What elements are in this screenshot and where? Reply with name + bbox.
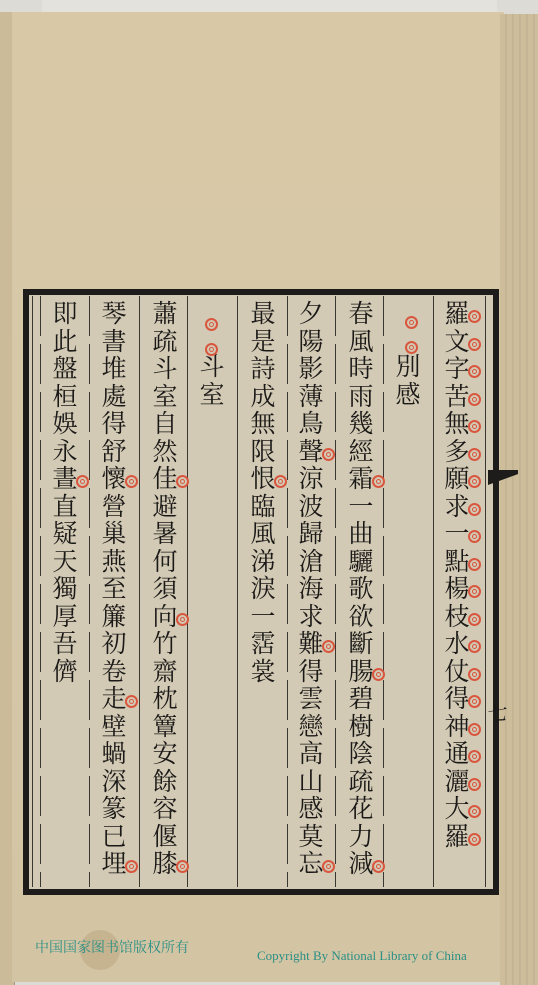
character: 神 [438,713,476,741]
punctuation-circle-mark [468,420,481,433]
character: 舒 [95,438,133,466]
character: 一 [244,603,282,631]
character: 齋 [146,658,184,686]
punctuation-circle-mark [176,475,189,488]
character: 時 [342,355,380,383]
character: 字 [438,355,476,383]
character: 波 [292,493,330,521]
character: 成 [244,383,282,411]
punctuation-circle-mark [468,668,481,681]
character: 碧 [342,685,380,713]
character: 力 [342,823,380,851]
character: 獨 [46,575,84,603]
character: 暑 [146,520,184,548]
character: 忘 [292,850,330,878]
punctuation-circle-mark [125,695,138,708]
character: 得 [438,685,476,713]
text-column: 琴書堆處得舒懷營巢燕至簾初卷走壁蝸深篆已埋 [94,300,134,878]
character: 苦 [438,383,476,411]
character: 吾 [46,630,84,658]
character: 一 [438,520,476,548]
character: 卷 [95,658,133,686]
character: 永 [46,438,84,466]
character: 自 [146,410,184,438]
punctuation-circle-mark [468,750,481,763]
character: 簟 [146,713,184,741]
character: 羅 [438,823,476,851]
character: 餘 [146,768,184,796]
character: 高 [292,740,330,768]
character: 厚 [46,603,84,631]
character: 薄 [292,383,330,411]
punctuation-circle-mark [322,640,335,653]
character: 陽 [292,328,330,356]
punctuation-circle-mark [468,640,481,653]
column-rule [139,296,140,887]
punctuation-circle-mark [372,860,385,873]
character: 室 [193,381,231,409]
character: 佳 [146,465,184,493]
punctuation-circle-mark [205,318,218,331]
punctuation-circle-mark [372,668,385,681]
text-column: 蕭疏斗室自然佳避暑何須向竹齋枕簟安餘容偃膝 [145,300,185,878]
character: 滄 [292,548,330,576]
character: 斗 [193,353,231,381]
title-column: 斗室 [192,353,232,408]
character: 向 [146,603,184,631]
character: 感 [389,381,427,409]
text-column: 即此盤桓娛永晝直疑天獨厚吾儕 [45,300,85,685]
character: 莫 [292,823,330,851]
character: 書 [95,328,133,356]
character: 願 [438,465,476,493]
character: 蝸 [95,740,133,768]
column-rule [40,296,41,887]
page-number: 七 [482,702,511,722]
character: 營 [95,493,133,521]
character: 燕 [95,548,133,576]
character: 涼 [292,465,330,493]
page-stack-edge [500,14,538,985]
character: 影 [292,355,330,383]
character: 大 [438,795,476,823]
character: 此 [46,328,84,356]
character: 無 [244,410,282,438]
character: 霜 [342,465,380,493]
text-column: 春風時雨幾經霜一曲驪歌欲斷腸碧樹陰疏花力減 [341,300,381,878]
character: 是 [244,328,282,356]
character: 桓 [46,383,84,411]
punctuation-circle-mark [468,503,481,516]
character: 感 [292,795,330,823]
character: 經 [342,438,380,466]
character: 懷 [95,465,133,493]
character: 即 [46,300,84,328]
character: 水 [438,630,476,658]
character: 篆 [95,795,133,823]
column-rule [187,296,188,887]
character: 疏 [146,328,184,356]
character: 安 [146,740,184,768]
punctuation-circle-mark [405,341,418,354]
punctuation-circle-mark [176,860,189,873]
character: 最 [244,300,282,328]
character: 臨 [244,493,282,521]
text-column: 夕陽影薄鳥聲涼波歸滄海求難得雲戀高山感莫忘 [291,300,331,878]
character: 通 [438,740,476,768]
punctuation-circle-mark [468,558,481,571]
punctuation-circle-mark [322,448,335,461]
character: 初 [95,630,133,658]
character: 歌 [342,575,380,603]
character: 已 [95,823,133,851]
character: 竹 [146,630,184,658]
character: 詩 [244,355,282,383]
character: 膝 [146,850,184,878]
character: 直 [46,493,84,521]
character: 限 [244,438,282,466]
character: 文 [438,328,476,356]
character: 儕 [46,658,84,686]
character: 枕 [146,685,184,713]
character: 裳 [244,658,282,686]
punctuation-circle-mark [176,613,189,626]
character: 夕 [292,300,330,328]
punctuation-circle-mark [468,530,481,543]
character: 點 [438,548,476,576]
title-column: 別感 [388,353,428,408]
character: 驪 [342,548,380,576]
character: 枝 [438,603,476,631]
punctuation-circle-mark [468,448,481,461]
character: 走 [95,685,133,713]
character: 幾 [342,410,380,438]
punctuation-circle-mark [468,310,481,323]
character: 雲 [292,685,330,713]
copyright-chinese: 中国国家图书馆版权所有 [35,937,189,957]
character: 埋 [95,850,133,878]
punctuation-circle-mark [468,613,481,626]
character: 晝 [46,465,84,493]
punctuation-circle-mark [468,833,481,846]
punctuation-circle-mark [274,475,287,488]
character: 至 [95,575,133,603]
fish-tail-mark [488,470,518,492]
character: 陰 [342,740,380,768]
column-rule [433,296,434,887]
character: 容 [146,795,184,823]
punctuation-circle-mark [125,860,138,873]
character: 風 [244,520,282,548]
character: 得 [292,658,330,686]
character: 娛 [46,410,84,438]
character: 偃 [146,823,184,851]
punctuation-circle-mark [468,585,481,598]
character: 歸 [292,520,330,548]
character: 一 [342,493,380,521]
character: 難 [292,630,330,658]
character: 堆 [95,355,133,383]
column-rule [383,296,384,887]
punctuation-circle-mark [205,343,218,356]
punctuation-circle-mark [468,338,481,351]
character: 求 [438,493,476,521]
column-rule [287,296,288,887]
character: 仗 [438,658,476,686]
punctuation-circle-mark [468,805,481,818]
punctuation-circle-mark [322,860,335,873]
character: 雨 [342,383,380,411]
punctuation-circle-mark [76,475,89,488]
character: 欲 [342,603,380,631]
character: 樹 [342,713,380,741]
punctuation-circle-mark [405,316,418,329]
character: 疏 [342,768,380,796]
character: 羅 [438,300,476,328]
column-rule [335,296,336,887]
character: 盤 [46,355,84,383]
character: 深 [95,768,133,796]
character: 室 [146,383,184,411]
character: 簾 [95,603,133,631]
punctuation-circle-mark [468,778,481,791]
character: 斗 [146,355,184,383]
character: 霑 [244,630,282,658]
character: 戀 [292,713,330,741]
character: 涕 [244,548,282,576]
character: 何 [146,548,184,576]
copyright-english: Copyright By National Library of China [257,948,467,964]
character: 壁 [95,713,133,741]
character: 山 [292,768,330,796]
character: 春 [342,300,380,328]
punctuation-circle-mark [468,723,481,736]
character: 然 [146,438,184,466]
character: 天 [46,548,84,576]
punctuation-circle-mark [468,365,481,378]
punctuation-circle-mark [468,393,481,406]
character: 處 [95,383,133,411]
column-rule [89,296,90,887]
punctuation-circle-mark [468,695,481,708]
character: 曲 [342,520,380,548]
character: 多 [438,438,476,466]
character: 求 [292,603,330,631]
punctuation-circle-mark [125,475,138,488]
character: 海 [292,575,330,603]
character: 得 [95,410,133,438]
character: 淚 [244,575,282,603]
character: 斷 [342,630,380,658]
character: 風 [342,328,380,356]
text-column: 最是詩成無限恨臨風涕淚一霑裳 [243,300,283,685]
column-rule [237,296,238,887]
character: 蕭 [146,300,184,328]
character: 無 [438,410,476,438]
character: 腸 [342,658,380,686]
text-column: 羅文字苦無多願求一點楊枝水仗得神通灑大羅 [437,300,477,850]
character: 減 [342,850,380,878]
character: 聲 [292,438,330,466]
character: 恨 [244,465,282,493]
character: 楊 [438,575,476,603]
punctuation-circle-mark [468,475,481,488]
character: 須 [146,575,184,603]
punctuation-circle-mark [372,475,385,488]
character: 避 [146,493,184,521]
character: 鳥 [292,410,330,438]
character: 琴 [95,300,133,328]
character: 疑 [46,520,84,548]
character: 別 [389,353,427,381]
character: 灑 [438,768,476,796]
character: 巢 [95,520,133,548]
character: 花 [342,795,380,823]
